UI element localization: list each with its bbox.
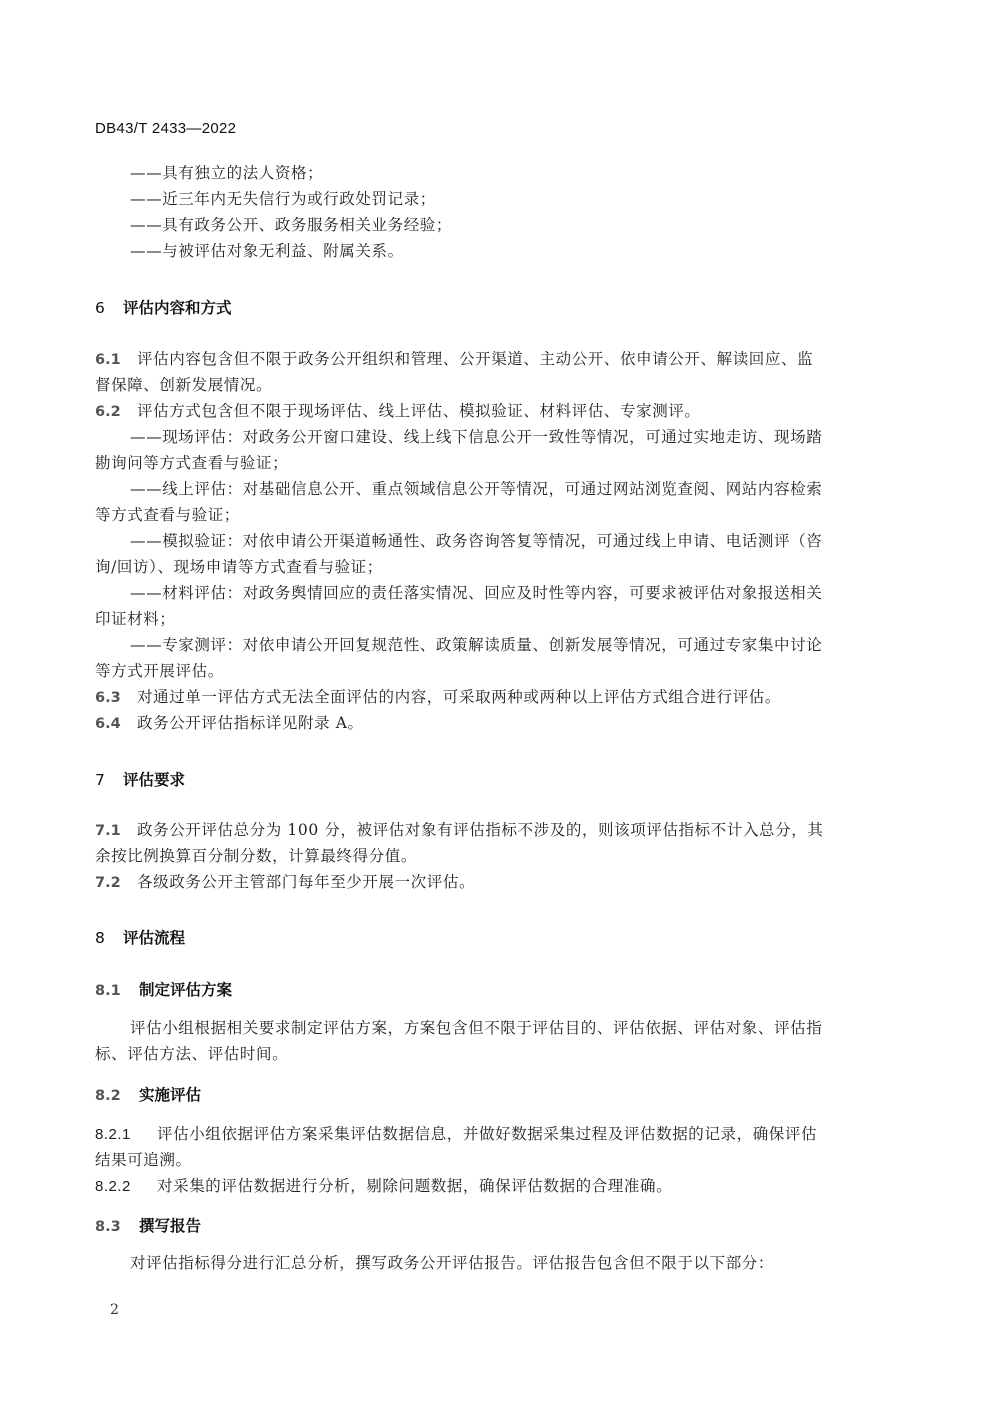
section-number: 8 [95,929,123,947]
clause-number: 6.3 [95,685,137,711]
subsection-title: 撰写报告 [139,1217,201,1235]
section-title: 评估内容和方式 [123,299,232,317]
section-title: 评估流程 [123,929,185,947]
clause-8-2-1: 8.2.1评估小组依据评估方案采集评估数据信息，并做好数据采集过程及评估数据的记… [95,1121,885,1148]
method-expert: ——专家测评：对依申请公开回复规范性、政策解读质量、创新发展等情况，可通过专家集… [130,632,920,658]
clause-number: 7.1 [95,818,137,844]
section-number: 6 [95,299,123,317]
subsection-number: 8.3 [95,1219,139,1235]
section-8-heading: 8评估流程 [95,926,185,948]
page-number: 2 [110,1302,119,1318]
subsection-title: 实施评估 [139,1086,201,1104]
list-item: ——近三年内无失信行为或行政处罚记录； [130,186,920,212]
clause-text: 政务公开评估总分为 100 分，被评估对象有评估指标不涉及的，则该项评估指标不计… [137,821,823,839]
clause-number: 6.1 [95,347,137,373]
subsection-8-2-heading: 8.2实施评估 [95,1083,201,1105]
clause-6-3: 6.3对通过单一评估方式无法全面评估的内容，可采取两种或两种以上评估方式组合进行… [95,684,885,711]
subsection-8-3-text: 对评估指标得分进行汇总分析，撰写政务公开评估报告。评估报告包含但不限于以下部分： [130,1250,920,1276]
method-simulation-cont: 询/回访）、现场申请等方式查看与验证； [95,554,885,580]
method-onsite: ——现场评估：对政务公开窗口建设、线上线下信息公开一致性等情况，可通过实地走访、… [130,424,920,450]
document-id-header: DB43/T 2433—2022 [95,120,236,137]
section-7-heading: 7评估要求 [95,768,185,790]
clause-7-1-cont: 余按比例换算百分制分数，计算最终得分值。 [95,843,885,869]
clause-6-1: 6.1评估内容包含但不限于政务公开组织和管理、公开渠道、主动公开、依申请公开、解… [95,346,885,373]
clause-text: 评估小组依据评估方案采集评估数据信息，并做好数据采集过程及评估数据的记录，确保评… [157,1125,817,1143]
subsection-number: 8.1 [95,983,139,999]
clause-number: 6.2 [95,399,137,425]
clause-text: 对采集的评估数据进行分析，剔除问题数据，确保评估数据的合理准确。 [157,1177,672,1195]
method-simulation: ——模拟验证：对依申请公开渠道畅通性、政务咨询答复等情况，可通过线上申请、电话测… [130,528,920,554]
clause-6-4: 6.4政务公开评估指标详见附录 A。 [95,710,885,737]
method-material-cont: 印证材料； [95,606,885,632]
subsection-8-3-heading: 8.3撰写报告 [95,1214,201,1236]
subsection-8-1-heading: 8.1制定评估方案 [95,978,232,1000]
list-item: ——具有政务公开、政务服务相关业务经验； [130,212,920,238]
clause-7-1: 7.1政务公开评估总分为 100 分，被评估对象有评估指标不涉及的，则该项评估指… [95,817,885,844]
section-number: 7 [95,771,123,789]
clause-6-1-cont: 督保障、创新发展情况。 [95,372,885,398]
method-online: ——线上评估：对基础信息公开、重点领域信息公开等情况，可通过网站浏览查阅、网站内… [130,476,920,502]
subsection-8-1-text: 评估小组根据相关要求制定评估方案，方案包含但不限于评估目的、评估依据、评估对象、… [130,1015,920,1041]
subsection-title: 制定评估方案 [139,981,232,999]
clause-text: 政务公开评估指标详见附录 A。 [137,714,364,732]
method-expert-cont: 等方式开展评估。 [95,658,885,684]
clause-8-2-1-cont: 结果可追溯。 [95,1147,885,1173]
clause-text: 评估方式包含但不限于现场评估、线上评估、模拟验证、材料评估、专家测评。 [137,402,701,420]
clause-6-2: 6.2评估方式包含但不限于现场评估、线上评估、模拟验证、材料评估、专家测评。 [95,398,885,425]
clause-number: 6.4 [95,711,137,737]
method-onsite-cont: 勘询问等方式查看与验证； [95,450,885,476]
section-title: 评估要求 [123,771,185,789]
clause-text: 对通过单一评估方式无法全面评估的内容，可采取两种或两种以上评估方式组合进行评估。 [137,688,781,706]
section-6-heading: 6评估内容和方式 [95,296,232,318]
clause-8-2-2: 8.2.2对采集的评估数据进行分析，剔除问题数据，确保评估数据的合理准确。 [95,1173,885,1200]
clause-text: 各级政务公开主管部门每年至少开展一次评估。 [137,873,475,891]
clause-number: 7.2 [95,870,137,896]
subsection-number: 8.2 [95,1088,139,1104]
method-material: ——材料评估：对政务舆情回应的责任落实情况、回应及时性等内容，可要求被评估对象报… [130,580,920,606]
list-item: ——具有独立的法人资格； [130,160,920,186]
clause-number: 8.2.2 [95,1174,157,1200]
clause-text: 评估内容包含但不限于政务公开组织和管理、公开渠道、主动公开、依申请公开、解读回应… [137,350,813,368]
subsection-8-1-text-cont: 标、评估方法、评估时间。 [95,1041,885,1067]
clause-number: 8.2.1 [95,1122,157,1148]
list-item: ——与被评估对象无利益、附属关系。 [130,238,920,264]
method-online-cont: 等方式查看与验证； [95,502,885,528]
document-page: DB43/T 2433—2022 ——具有独立的法人资格； ——近三年内无失信行… [0,0,1000,1415]
clause-7-2: 7.2各级政务公开主管部门每年至少开展一次评估。 [95,869,885,896]
